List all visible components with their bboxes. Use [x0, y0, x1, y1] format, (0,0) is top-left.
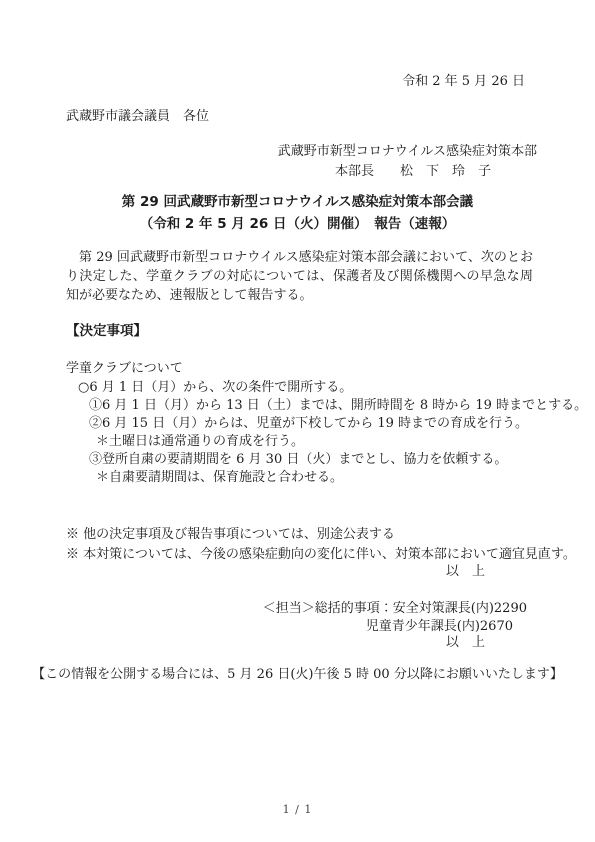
closing-mark-2: 以 上 — [0, 634, 485, 652]
note-line: ※ 本対策については、今後の感染症動向の変化に伴い、対策本部において適宜見直す。 — [66, 546, 576, 564]
closing-mark: 以 上 — [0, 563, 485, 581]
section-heading: 【決定事項】 — [66, 322, 147, 340]
doc-title: 第 29 回武蔵野市新型コロナウイルス感染症対策本部会議 — [0, 193, 595, 211]
list-item: 学童クラブについて — [66, 360, 183, 378]
intro-paragraph: 第 29 回武蔵野市新型コロナウイルス感染症対策本部会議において、次のとおり決定… — [66, 248, 533, 305]
publish-note: 【この情報を公開する場合には、5 月 26 日(火)午後 5 時 00 分以降に… — [0, 666, 595, 684]
sender-name-line: 本部長 松 下 玲 子 — [0, 163, 491, 181]
list-item: ③登所自粛の要請期間を 6 月 30 日（火）までとし、協力を依頼する。 — [89, 451, 507, 469]
recipient-line: 武蔵野市議会議員 各位 — [66, 108, 209, 126]
document-page: 令和 2 年 5 月 26 日 武蔵野市議会議員 各位 武蔵野市新型コロナウイル… — [0, 0, 595, 842]
doc-subtitle: （令和 2 年 5 月 26 日（火）開催） 報告（速報） — [0, 215, 595, 233]
note-line: ※ 他の決定事項及び報告事項については、別途公表する — [66, 526, 395, 544]
list-item: ①6 月 1 日（月）から 13 日（土）までは、開所時間を 8 時から 19 … — [89, 397, 587, 415]
page-number: 1 / 1 — [0, 801, 595, 819]
sender-org-line: 武蔵野市新型コロナウイルス感染症対策本部 — [0, 143, 537, 161]
date-line: 令和 2 年 5 月 26 日 — [0, 73, 525, 91]
list-item: ＊土曜日は通常通りの育成を行う。 — [96, 433, 304, 451]
list-item: ②6 月 15 日（月）からは、児童が下校してから 19 時までの育成を行う。 — [89, 415, 528, 433]
contact-line-1: ＜担当＞総括的事項：安全対策課長(内)2290 — [0, 600, 527, 618]
list-item: ○6 月 1 日（月）から、次の条件で開所する。 — [78, 379, 352, 397]
list-item: ＊自粛要請期間は、保育施設と合わせる。 — [96, 469, 343, 487]
